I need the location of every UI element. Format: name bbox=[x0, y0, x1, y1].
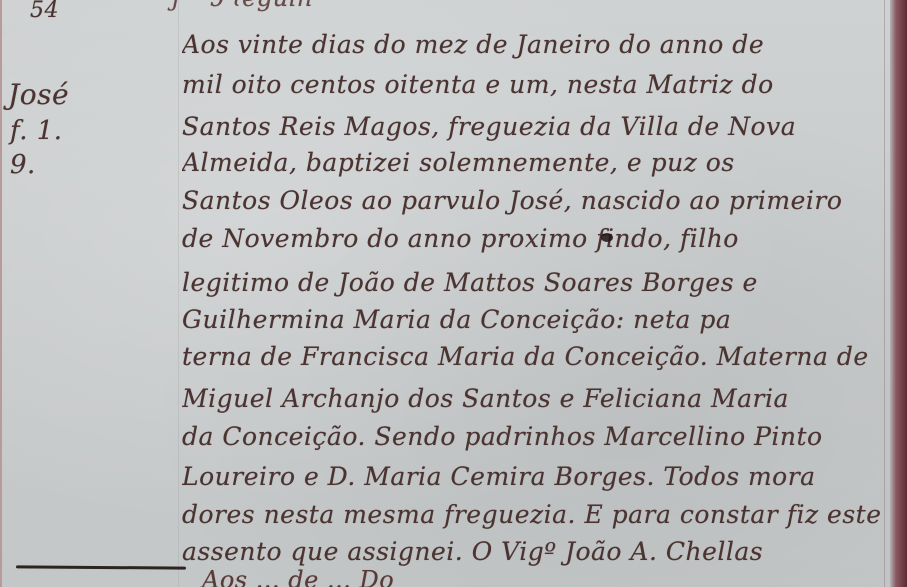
margin-note-folio: f. 1. bbox=[10, 116, 63, 146]
entry-line-4: Almeida, baptizei solemnemente, e puz os bbox=[182, 148, 882, 177]
margin-name: José bbox=[8, 78, 69, 111]
entry-line-11: da Conceição. Sendo padrinhos Marcellino… bbox=[182, 422, 882, 451]
page-edge-rule bbox=[884, 0, 885, 587]
margin-note-number: 9. bbox=[10, 150, 36, 180]
next-entry-fragment: Aos ... de ... Do bbox=[202, 566, 394, 587]
entry-line-1: Aos vinte dias do mez de Janeiro do anno… bbox=[182, 30, 882, 59]
entry-line-5: Santos Oleos ao parvulo José, nascido ao… bbox=[182, 186, 882, 215]
entry-line-6: de Novembro do anno proximo findo, filho bbox=[182, 224, 882, 253]
entry-line-13: dores nesta mesma freguezia. E para cons… bbox=[182, 500, 882, 529]
book-binding-edge bbox=[890, 0, 907, 587]
entry-line-2: mil oito centos oitenta e um, nesta Matr… bbox=[182, 70, 882, 99]
entry-line-14-signature: assento que assignei. O Vigº João A. Che… bbox=[182, 537, 882, 566]
previous-entry-fragment: ƒ ˊ ɔ ɩegüin bbox=[172, 0, 313, 12]
entry-line-10: Miguel Archanjo dos Santos e Feliciana M… bbox=[182, 384, 882, 413]
entry-line-3: Santos Reis Magos, freguezia da Villa de… bbox=[182, 112, 882, 141]
entry-line-12: Loureiro e D. Maria Cemira Borges. Todos… bbox=[182, 462, 882, 491]
manuscript-page: 54 ƒ ˊ ɔ ɩegüin José f. 1. 9. Aos vinte … bbox=[0, 0, 892, 587]
entry-line-8: Guilhermina Maria da Conceição: neta pa bbox=[182, 305, 882, 334]
ink-blot bbox=[601, 233, 613, 242]
margin-rule bbox=[178, 0, 179, 587]
entry-closing-rule bbox=[16, 565, 186, 569]
page-number: 54 bbox=[30, 0, 59, 23]
entry-line-7: legitimo de João de Mattos Soares Borges… bbox=[182, 268, 882, 297]
entry-line-9: terna de Francisca Maria da Conceição. M… bbox=[182, 342, 882, 371]
